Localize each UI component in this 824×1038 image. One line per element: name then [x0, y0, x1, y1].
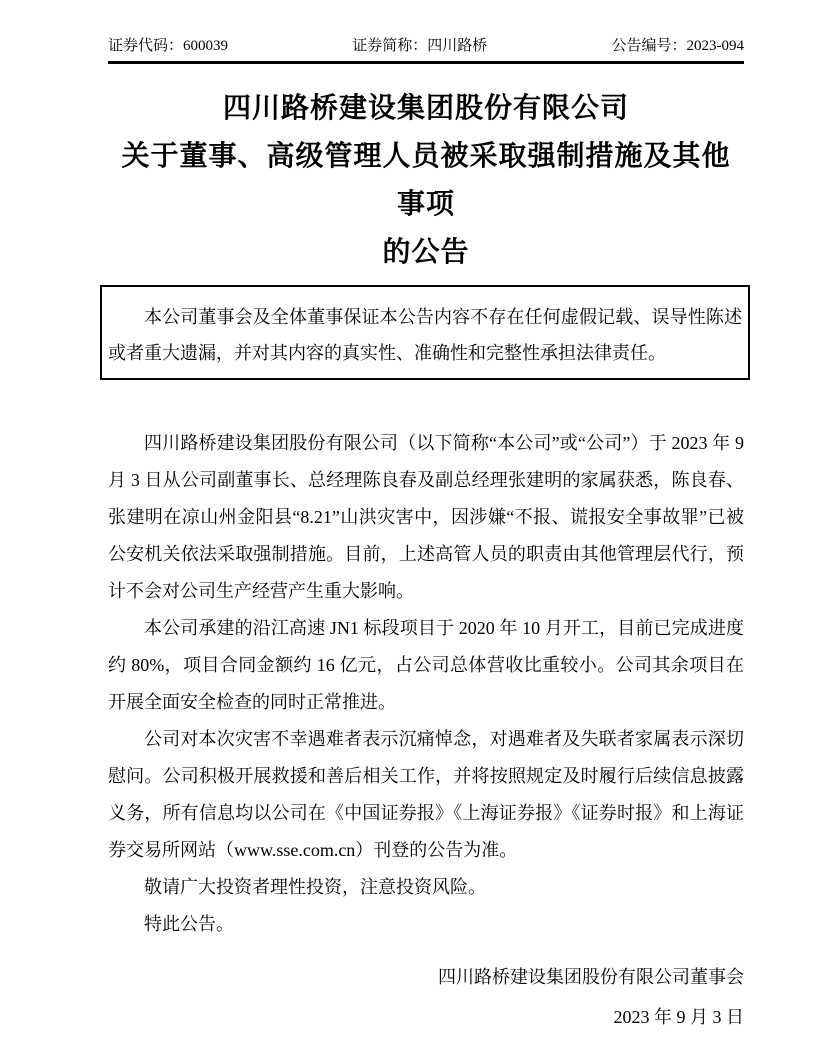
- body-paragraph: 四川路桥建设集团股份有限公司（以下简称“本公司”或“公司”）于 2023 年 9…: [108, 425, 744, 610]
- signature-date: 2023 年 9 月 3 日: [108, 997, 744, 1037]
- stock-code-label: 证券代码：: [108, 38, 183, 54]
- signature-company: 四川路桥建设集团股份有限公司董事会: [108, 957, 744, 997]
- stock-name-label: 证券简称：: [352, 38, 427, 54]
- page-title: 四川路桥建设集团股份有限公司 关于董事、高级管理人员被采取强制措施及其他事项 的…: [108, 84, 744, 276]
- document-body: 四川路桥建设集团股份有限公司（以下简称“本公司”或“公司”）于 2023 年 9…: [108, 425, 744, 943]
- signature-block: 四川路桥建设集团股份有限公司董事会 2023 年 9 月 3 日: [108, 957, 744, 1037]
- stock-code-value: 600039: [183, 38, 228, 54]
- stock-name-value: 四川路桥: [427, 38, 487, 54]
- announcement-number: 公告编号：2023-094: [611, 36, 744, 56]
- body-paragraph: 本公司承建的沿江高速 JN1 标段项目于 2020 年 10 月开工，目前已完成…: [108, 610, 744, 721]
- announcement-number-label: 公告编号：: [611, 38, 686, 54]
- announcement-number-value: 2023-094: [687, 38, 745, 54]
- document-header: 证券代码：600039 证券简称：四川路桥 公告编号：2023-094: [108, 36, 744, 64]
- title-line-3: 的公告: [108, 228, 744, 276]
- body-paragraph: 特此公告。: [108, 906, 744, 943]
- body-paragraph: 公司对本次灾害不幸遇难者表示沉痛悼念，对遇难者及失联者家属表示深切慰问。公司积极…: [108, 721, 744, 869]
- disclaimer-box: 本公司董事会及全体董事保证本公告内容不存在任何虚假记载、误导性陈述或者重大遗漏，…: [100, 285, 750, 380]
- disclaimer-text: 本公司董事会及全体董事保证本公告内容不存在任何虚假记载、误导性陈述或者重大遗漏，…: [108, 299, 742, 371]
- document-page: 证券代码：600039 证券简称：四川路桥 公告编号：2023-094 四川路桥…: [0, 0, 824, 1038]
- body-paragraph: 敬请广大投资者理性投资，注意投资风险。: [108, 869, 744, 906]
- title-line-2: 关于董事、高级管理人员被采取强制措施及其他事项: [108, 132, 744, 228]
- stock-code: 证券代码：600039: [108, 36, 228, 56]
- stock-name: 证券简称：四川路桥: [352, 36, 487, 56]
- title-line-1: 四川路桥建设集团股份有限公司: [108, 84, 744, 132]
